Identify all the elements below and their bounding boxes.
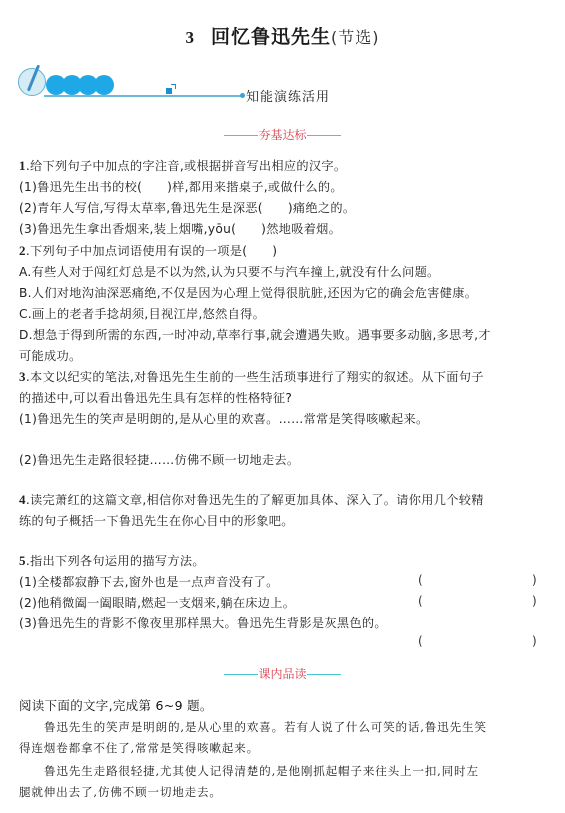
question-3-item: (1)鲁迅先生的笑声是明朗的,是从心里的欢喜。……常常是笑得咳嗽起来。	[19, 409, 428, 429]
heading-rule	[224, 674, 258, 675]
question-5-item: (3)鲁迅先生的背影不像夜里那样黑大。鲁迅先生背影是灰黑色的。	[19, 613, 387, 633]
passage-paragraph-2-line-1: 鲁迅先生走路很轻捷,尤其使人记得清楚的,是他刚抓起帽子来往头上一扣,同时左	[44, 761, 479, 781]
answer-blank-open[interactable]: (	[418, 594, 423, 608]
question-text: .本文以纪实的笔法,对鲁迅先生生前的一些生活琐事进行了翔实的叙述。从下面句子	[26, 370, 484, 384]
question-number: 4	[19, 492, 26, 507]
answer-blank-open[interactable]: (	[418, 573, 423, 587]
section-banner: 知能演练活用	[18, 62, 348, 110]
question-5-item: (2)他稍微阖一阖眼睛,燃起一支烟来,躺在床边上。	[19, 593, 295, 613]
answer-blank-close: )	[532, 573, 537, 587]
question-number: 3	[19, 369, 26, 384]
passage-paragraph-2-line-2: 腿就伸出去了,仿佛不顾一切地走去。	[19, 782, 222, 802]
question-1-item: (3)鲁迅先生拿出香烟来,装上烟嘴,yōu( )然地吸着烟。	[19, 219, 341, 239]
question-5-item: (1)全楼都寂静下去,窗外也是一点声音没有了。	[19, 572, 279, 592]
question-1-item: (1)鲁迅先生出书的校( )样,都用来揩桌子,或做什么的。	[19, 177, 343, 197]
question-2-option: C.画上的老者手捻胡须,目视江岸,悠然自得。	[19, 304, 265, 324]
answer-blank-close: )	[532, 634, 537, 648]
section-heading-foundation: 夯基达标	[0, 126, 565, 143]
banner-divider	[44, 95, 242, 97]
answer-blank-close: )	[532, 594, 537, 608]
question-2-option-cont: 可能成功。	[19, 346, 81, 366]
section-heading-label: 课内品读	[258, 667, 306, 681]
question-4-stem-cont: 练的句子概括一下鲁迅先生在你心目中的形象吧。	[19, 511, 294, 531]
question-3-stem: 3.本文以纪实的笔法,对鲁迅先生生前的一些生活琐事进行了翔实的叙述。从下面句子	[19, 367, 484, 387]
heading-rule	[224, 135, 258, 136]
lesson-subtitle: (节选)	[331, 28, 380, 47]
section-heading-label: 夯基达标	[258, 128, 306, 142]
question-3-item: (2)鲁迅先生走路很轻捷……仿佛不顾一切地走去。	[19, 450, 299, 470]
question-text: .读完萧红的这篇文章,相信你对鲁迅先生的了解更加具体、深入了。请你用几个较精	[26, 493, 484, 507]
question-2-option: D.想急于得到所需的东西,一时冲动,草率行事,就会遭遇失败。遇事要多动脑,多思考…	[19, 325, 491, 345]
question-3-stem-cont: 的描述中,可以看出鲁迅先生具有怎样的性格特征?	[19, 388, 292, 408]
question-number: 2	[19, 243, 26, 258]
lesson-number: 3	[185, 28, 195, 47]
question-5-stem: 5.指出下列各句运用的描写方法。	[19, 551, 205, 571]
question-text: .下列句子中加点词语使用有误的一项是( )	[26, 244, 278, 258]
heading-rule	[307, 135, 341, 136]
heading-rule	[307, 674, 341, 675]
question-text: .指出下列各句运用的描写方法。	[26, 554, 205, 568]
question-text: .给下列句子中加点的字注音,或根据拼音写出相应的汉字。	[26, 159, 347, 173]
square-outline-ornament-icon	[171, 84, 176, 89]
lesson-title: 回忆鲁迅先生	[211, 26, 331, 48]
reading-instruction: 阅读下面的文字,完成第 6~9 题。	[19, 696, 213, 716]
passage-paragraph-1-line-1: 鲁迅先生的笑声是明朗的,是从心里的欢喜。若有人说了什么可笑的话,鲁迅先生笑	[44, 717, 487, 737]
question-1-item: (2)青年人写信,写得太草率,鲁迅先生是深恶( )痛绝之的。	[19, 198, 355, 218]
progress-dot-icon	[94, 75, 114, 95]
line-endpoint-icon	[240, 93, 245, 98]
section-heading-reading: 课内品读	[0, 665, 565, 682]
question-2-option: B.人们对地沟油深恶痛绝,不仅是因为心理上觉得很肮脏,还因为它的确会危害健康。	[19, 283, 477, 303]
question-number: 5	[19, 553, 26, 568]
passage-paragraph-1-line-2: 得连烟卷都拿不住了,常常是笑得咳嗽起来。	[19, 738, 259, 758]
banner-label: 知能演练活用	[246, 86, 330, 105]
question-4-stem: 4.读完萧红的这篇文章,相信你对鲁迅先生的了解更加具体、深入了。请你用几个较精	[19, 490, 484, 510]
question-2-option: A.有些人对于闯红灯总是不以为然,认为只要不与汽车撞上,就没有什么问题。	[19, 262, 440, 282]
question-2-stem: 2.下列句子中加点词语使用有误的一项是( )	[19, 241, 277, 261]
question-number: 1	[19, 158, 26, 173]
question-1-stem: 1.给下列句子中加点的字注音,或根据拼音写出相应的汉字。	[19, 156, 346, 176]
page-title: 3回忆鲁迅先生(节选)	[0, 22, 565, 49]
answer-blank-open[interactable]: (	[418, 634, 423, 648]
